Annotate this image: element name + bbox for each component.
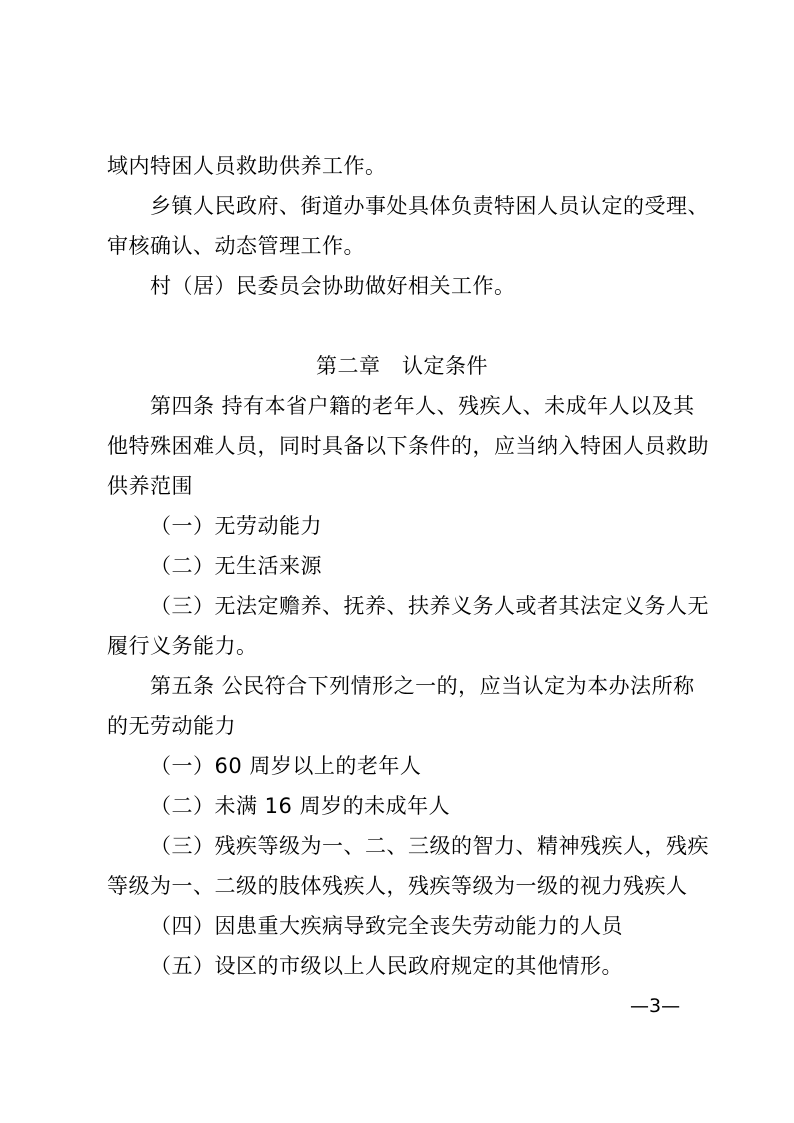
article-5-item: （三）残疾等级为一、二、三级的智力、精神残疾人，残疾 (107, 828, 697, 868)
article-4-line: 第四条 持有本省户籍的老年人、残疾人、未成年人以及其 (107, 388, 697, 428)
paragraph-line: 审核确认、动态管理工作。 (107, 228, 697, 268)
spacer (107, 308, 697, 348)
article-5-item: （一）60 周岁以上的老年人 (107, 748, 697, 788)
article-5-line: 第五条 公民符合下列情形之一的，应当认定为本办法所称 (107, 668, 697, 708)
article-4-item: （三）无法定赡养、抚养、扶养义务人或者其法定义务人无 (107, 588, 697, 628)
article-5-item: （四）因患重大疾病导致完全丧失劳动能力的人员 (107, 908, 697, 948)
document-page: 域内特困人员救助供养工作。 乡镇人民政府、街道办事处具体负责特困人员认定的受理、… (107, 148, 697, 988)
article-4-line: 他特殊困难人员，同时具备以下条件的，应当纳入特困人员救助 (107, 428, 697, 468)
paragraph-line: 村（居）民委员会协助做好相关工作。 (107, 268, 697, 308)
page-number: —3— (630, 994, 680, 1018)
paragraph-line: 域内特困人员救助供养工作。 (107, 148, 697, 188)
article-5-item: （五）设区的市级以上人民政府规定的其他情形。 (107, 948, 697, 988)
article-4-item: （一）无劳动能力 (107, 508, 697, 548)
paragraph-line: 乡镇人民政府、街道办事处具体负责特困人员认定的受理、 (107, 188, 697, 228)
article-5-item: （二）未满 16 周岁的未成年人 (107, 788, 697, 828)
article-4-line: 供养范围 (107, 468, 697, 508)
article-4-item: 履行义务能力。 (107, 628, 697, 668)
article-5-line: 的无劳动能力 (107, 708, 697, 748)
article-5-item: 等级为一、二级的肢体残疾人，残疾等级为一级的视力残疾人 (107, 868, 697, 908)
chapter-title: 第二章 认定条件 (107, 348, 697, 388)
article-4-item: （二）无生活来源 (107, 548, 697, 588)
